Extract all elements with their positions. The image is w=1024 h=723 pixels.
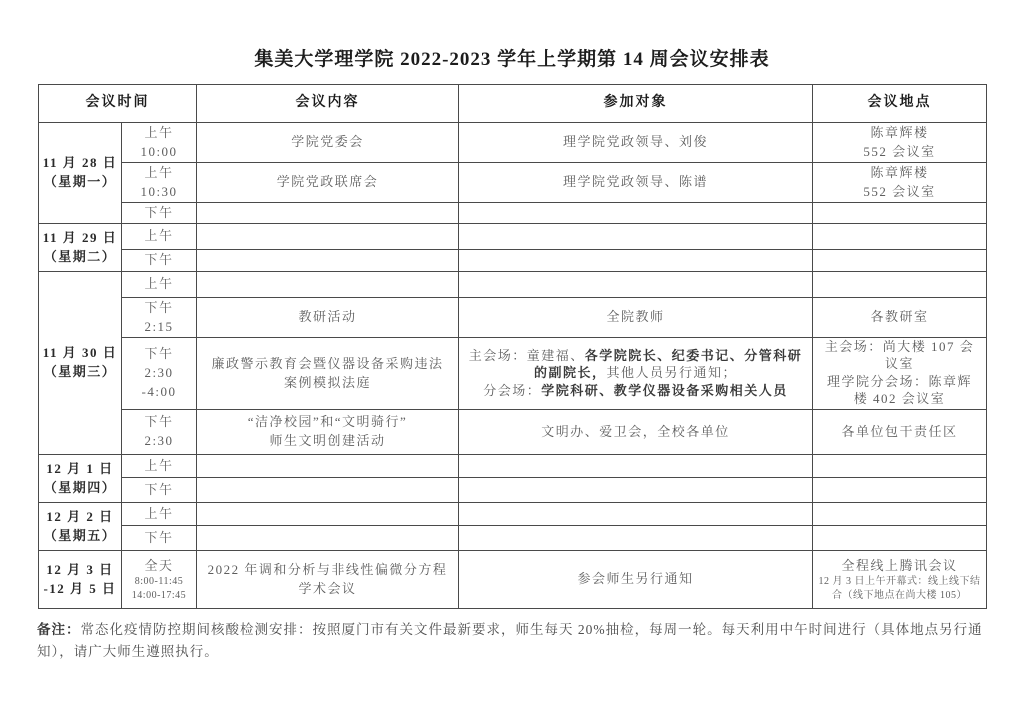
location-cell bbox=[813, 250, 987, 272]
participants-cell bbox=[459, 272, 813, 298]
time-cell: 下午 bbox=[122, 478, 197, 503]
location-cell: 各教研室 bbox=[813, 298, 987, 338]
time-cell: 上午 10:00 bbox=[122, 123, 197, 163]
remarks-note: 备注：常态化疫情防控期间核酸检测安排：按照厦门市有关文件最新要求，师生每天 20… bbox=[37, 619, 987, 664]
location-cell bbox=[813, 224, 987, 250]
table-row: 下午 2:30 “洁净校园”和“文明骑行” 师生文明创建活动 文明办、爱卫会，全… bbox=[39, 410, 987, 455]
time-cell: 下午 bbox=[122, 526, 197, 551]
date-cell: 12 月 1 日 （星期四） bbox=[39, 455, 122, 503]
header-meeting-content: 会议内容 bbox=[197, 85, 459, 123]
table-row: 11 月 28 日 （星期一） 上午 10:00 学院党委会 理学院党政领导、刘… bbox=[39, 123, 987, 163]
location-cell bbox=[813, 203, 987, 224]
time-cell: 上午 bbox=[122, 272, 197, 298]
time-cell: 下午 bbox=[122, 203, 197, 224]
table-row: 11 月 30 日 （星期三） 上午 bbox=[39, 272, 987, 298]
content-cell bbox=[197, 224, 459, 250]
participants-cell: 文明办、爱卫会，全校各单位 bbox=[459, 410, 813, 455]
location-cell bbox=[813, 526, 987, 551]
location-cell bbox=[813, 272, 987, 298]
content-cell: 学院党政联席会 bbox=[197, 163, 459, 203]
content-cell bbox=[197, 272, 459, 298]
content-cell bbox=[197, 203, 459, 224]
table-row: 下午 2:30 -4:00 廉政警示教育会暨仪器设备采购违法 案例模拟法庭 主会… bbox=[39, 338, 987, 410]
participants-cell: 全院教师 bbox=[459, 298, 813, 338]
date-cell: 11 月 29 日 （星期二） bbox=[39, 224, 122, 272]
participants-cell bbox=[459, 203, 813, 224]
content-cell bbox=[197, 455, 459, 478]
time-cell: 上午 bbox=[122, 503, 197, 526]
location-cell: 陈章辉楼 552 会议室 bbox=[813, 123, 987, 163]
meeting-schedule-table: 会议时间 会议内容 参加对象 会议地点 11 月 28 日 （星期一） 上午 1… bbox=[38, 84, 987, 609]
location-cell bbox=[813, 503, 987, 526]
table-row: 下午 2:15 教研活动 全院教师 各教研室 bbox=[39, 298, 987, 338]
content-cell: “洁净校园”和“文明骑行” 师生文明创建活动 bbox=[197, 410, 459, 455]
table-row: 下午 bbox=[39, 203, 987, 224]
header-participants: 参加对象 bbox=[459, 85, 813, 123]
header-meeting-time: 会议时间 bbox=[39, 85, 197, 123]
date-cell: 12 月 2 日 （星期五） bbox=[39, 503, 122, 551]
header-row: 会议时间 会议内容 参加对象 会议地点 bbox=[39, 85, 987, 123]
content-cell bbox=[197, 526, 459, 551]
page-title: 集美大学理学院 2022-2023 学年上学期第 14 周会议安排表 bbox=[0, 0, 1024, 71]
content-cell: 教研活动 bbox=[197, 298, 459, 338]
content-cell: 学院党委会 bbox=[197, 123, 459, 163]
time-cell: 下午 bbox=[122, 250, 197, 272]
time-cell: 下午 2:30 bbox=[122, 410, 197, 455]
table-row: 下午 bbox=[39, 250, 987, 272]
location-cell: 全程线上腾讯会议 12 月 3 日上午开幕式：线上线下结 合（线下地点在尚大楼 … bbox=[813, 551, 987, 609]
date-cell: 11 月 30 日 （星期三） bbox=[39, 272, 122, 455]
table-row: 11 月 29 日 （星期二） 上午 bbox=[39, 224, 987, 250]
content-cell bbox=[197, 478, 459, 503]
location-cell: 主会场：尚大楼 107 会 议室 理学院分会场：陈章辉 楼 402 会议室 bbox=[813, 338, 987, 410]
time-cell: 上午 bbox=[122, 224, 197, 250]
participants-cell bbox=[459, 526, 813, 551]
time-cell: 上午 bbox=[122, 455, 197, 478]
participants-cell bbox=[459, 478, 813, 503]
content-cell: 2022 年调和分析与非线性偏微分方程 学术会议 bbox=[197, 551, 459, 609]
date-cell: 11 月 28 日 （星期一） bbox=[39, 123, 122, 224]
participants-cell: 理学院党政领导、刘俊 bbox=[459, 123, 813, 163]
participants-cell bbox=[459, 455, 813, 478]
table-row: 12 月 2 日 （星期五） 上午 bbox=[39, 503, 987, 526]
table-row: 上午 10:30 学院党政联席会 理学院党政领导、陈谱 陈章辉楼 552 会议室 bbox=[39, 163, 987, 203]
table-row: 12 月 1 日 （星期四） 上午 bbox=[39, 455, 987, 478]
participants-cell bbox=[459, 503, 813, 526]
time-cell: 上午 10:30 bbox=[122, 163, 197, 203]
location-cell bbox=[813, 455, 987, 478]
date-cell: 12 月 3 日 -12 月 5 日 bbox=[39, 551, 122, 609]
time-cell: 下午 2:15 bbox=[122, 298, 197, 338]
table-row: 下午 bbox=[39, 526, 987, 551]
participants-cell bbox=[459, 224, 813, 250]
content-cell bbox=[197, 250, 459, 272]
participants-cell bbox=[459, 250, 813, 272]
participants-cell: 参会师生另行通知 bbox=[459, 551, 813, 609]
content-cell: 廉政警示教育会暨仪器设备采购违法 案例模拟法庭 bbox=[197, 338, 459, 410]
table-row: 12 月 3 日 -12 月 5 日 全天 8:00-11:45 14:00-1… bbox=[39, 551, 987, 609]
participants-cell: 理学院党政领导、陈谱 bbox=[459, 163, 813, 203]
participants-cell: 主会场：童建福、各学院院长、纪委书记、分管科研 的副院长，其他人员另行通知； 分… bbox=[459, 338, 813, 410]
header-location: 会议地点 bbox=[813, 85, 987, 123]
location-cell bbox=[813, 478, 987, 503]
location-cell: 陈章辉楼 552 会议室 bbox=[813, 163, 987, 203]
location-detail: 12 月 3 日上午开幕式：线上线下结 合（线下地点在尚大楼 105） bbox=[816, 575, 983, 602]
content-cell bbox=[197, 503, 459, 526]
table-row: 下午 bbox=[39, 478, 987, 503]
document-page: 集美大学理学院 2022-2023 学年上学期第 14 周会议安排表 会议时间 … bbox=[0, 0, 1024, 723]
time-cell: 全天 8:00-11:45 14:00-17:45 bbox=[122, 551, 197, 609]
location-cell: 各单位包干责任区 bbox=[813, 410, 987, 455]
time-cell: 下午 2:30 -4:00 bbox=[122, 338, 197, 410]
time-detail: 8:00-11:45 14:00-17:45 bbox=[125, 575, 193, 602]
